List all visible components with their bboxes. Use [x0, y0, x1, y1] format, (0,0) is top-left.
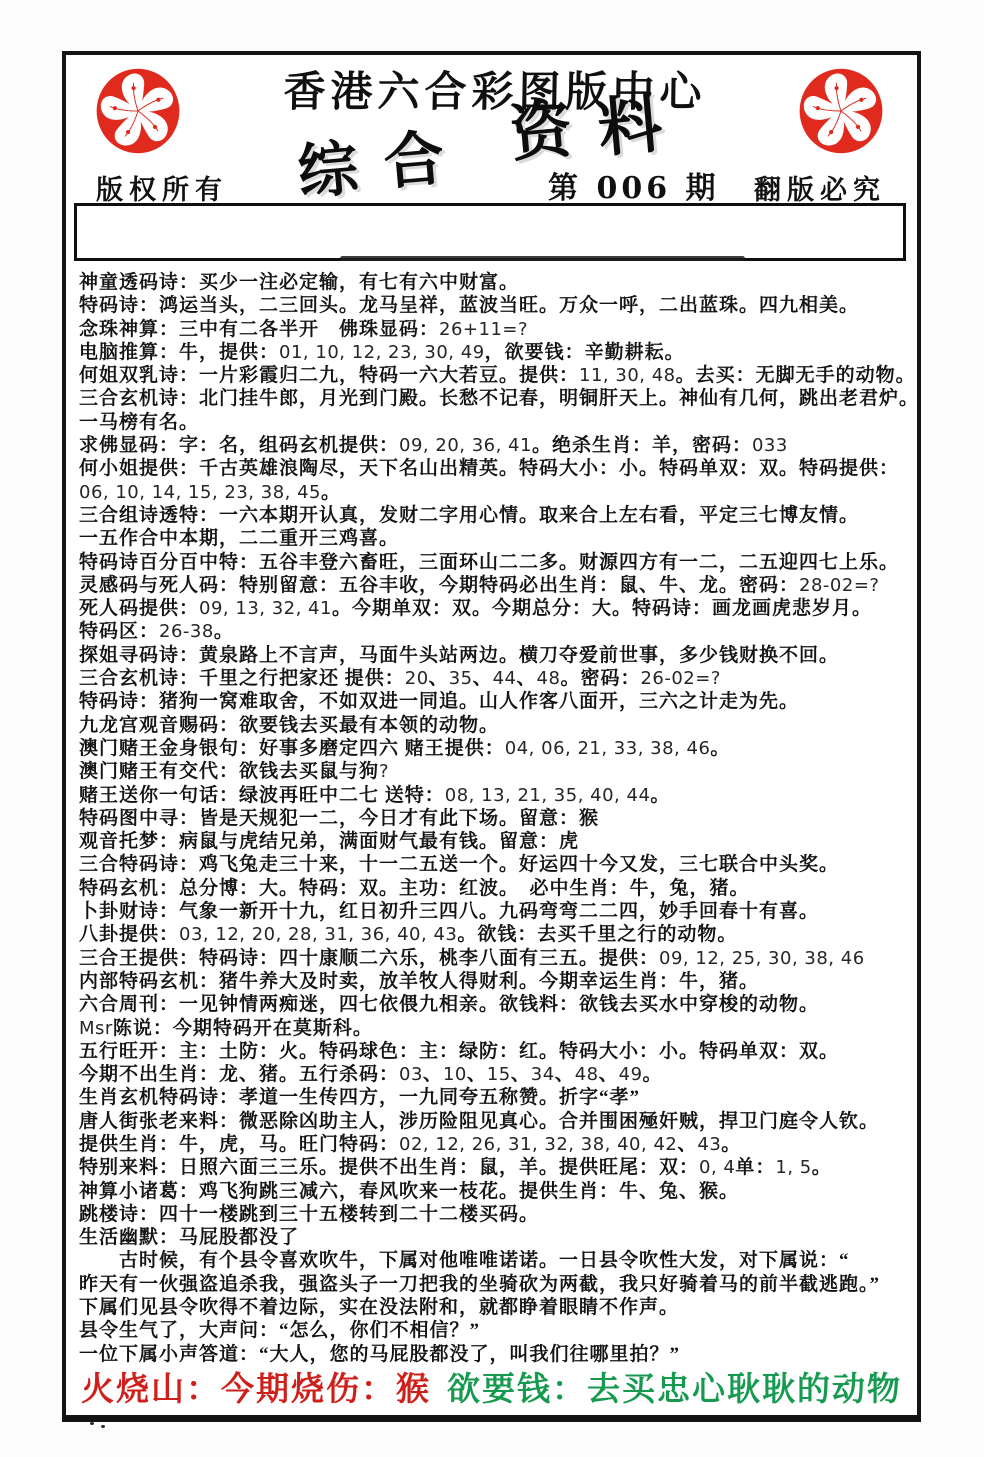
text-line: 五行旺开：主：土防：火。特码球色：主：绿防：红。特码大小：小。特码单双：双。 [79, 1040, 911, 1063]
text-line: 三合特码诗：鸡飞兔走三十来，十一二五送一个。好运四十今又发，三七联合中头奖。 [79, 853, 911, 876]
text-line: 特码诗：猪狗一窝难取舍，不如双进一同追。山人作客八面开，三六之计走为先。 [79, 690, 911, 713]
copyright-left-label: 版权所有 [96, 168, 228, 207]
banner-green-text: 欲要钱：去买忠心耿耿的动物 [447, 1363, 902, 1410]
text-line: 特别来料：日照六面三三乐。提供不出生肖：鼠，羊。提供旺尾：双：0, 4单：1, … [79, 1156, 911, 1179]
text-line: 电脑推算：牛，提供：01, 10, 12, 23, 30, 49，欲要钱：辛勤耕… [79, 341, 911, 364]
issue-number: 第 006 期 [548, 163, 720, 207]
text-line: 县令生气了，大声问：“怎么，你们不相信？” [79, 1319, 911, 1342]
text-line: 赌王送你一句话：绿波再旺中二七 送特：08, 13, 21, 35, 40, 4… [79, 784, 911, 807]
text-line: 特码区：26-38。 [79, 620, 911, 643]
text-line: 特码图中寻：皆是天规犯一二，今日才有此下场。留意：猴 [79, 807, 911, 830]
text-line: 昨天有一伙强盗追杀我，强盗头子一刀把我的坐骑砍为两截，我只好骑着马的前半截逃跑。… [79, 1273, 911, 1296]
scan-dot [101, 1425, 105, 1428]
hk-bauhinia-logo-right [797, 66, 885, 156]
text-line: 三合王提供：特码诗：四十康顺二六乐，桃李八面有三五。提供：09, 12, 25,… [79, 947, 911, 970]
text-line: 一五作合中本期，二二重开三鸡喜。 [79, 527, 911, 550]
text-line: 今期不出生肖：龙、猪。五行杀码：03、10、15、34、48、49。 [79, 1063, 911, 1086]
text-line: 三合玄机诗：千里之行把家还 提供：20、35、44、48。密码：26-02=? [79, 667, 911, 690]
text-line: 特码诗：鸿运当头，二三回头。龙马呈祥，蓝波当旺。万众一呼，二出蓝珠。四九相美。 [79, 294, 911, 317]
text-line: 提供生肖：牛，虎，马。旺门特码：02, 12, 26, 31, 32, 38, … [79, 1133, 911, 1156]
text-line: 06, 10, 14, 15, 23, 38, 45。 [79, 481, 911, 504]
text-line: 三合组诗透特：一六本期开认真，发财二字用心情。取来合上左右看，平定三七博友情。 [79, 504, 911, 527]
text-line: 何小姐提供：千古英雄浪陶尽，天下名山出精英。特码大小：小。特码单双：双。特码提供… [79, 457, 911, 480]
text-line: 生肖玄机特码诗：孝道一生传四方，一九同夸五称赞。折字“孝” [79, 1086, 911, 1109]
text-line: 六合周刊：一见钟情两痴迷，四七依偎九相亲。欲钱料：欲钱去买水中穿梭的动物。 [79, 993, 911, 1016]
bauhinia-flower-icon [94, 66, 182, 156]
bottom-banner: 火烧山：今期烧伤：猴 欲要钱：去买忠心耿耿的动物 [66, 1368, 917, 1404]
text-line: 九龙宫观音赐码：欲要钱去买最有本领的动物。 [79, 714, 911, 737]
text-line: 求佛显码：字：名，组码玄机提供：09, 20, 36, 41。绝杀生肖：羊，密码… [79, 434, 911, 457]
main-title-char: 料 [595, 92, 664, 161]
page-title: 香港六合彩图版中心 [249, 59, 740, 119]
text-line: 唐人街张老来料：微恶除凶助主人，涉历险阻见真心。合并围困殛奸贼，捍卫门庭令人钦。 [79, 1110, 911, 1133]
text-line: 三合玄机诗：北门挂牛郎，月光到门殿。长愁不记春，明铜肝天上。神仙有几何，跳出老君… [79, 387, 911, 410]
scan-smudge [340, 256, 745, 261]
main-title-char: 综 [295, 138, 360, 203]
bauhinia-flower-icon [797, 66, 885, 156]
text-line: 特码诗百分百中特：五谷丰登六畜旺，三面环山二二多。财源四方有一二，二五迎四七上乐… [79, 551, 911, 574]
text-line: 神童透码诗：买少一注必定输，有七有六中财富。 [79, 271, 911, 294]
text-line: 神算小诸葛：鸡飞狗跳三减六，春风吹来一枝花。提供生肖：牛、兔、猴。 [79, 1180, 911, 1203]
text-line: 生活幽默：马屁股都没了 [79, 1226, 911, 1249]
sheet-outer-border: 香港六合彩图版中心 综 合 资 料 第 006 期 版权所有 翻版必究 神童透码… [62, 51, 921, 1422]
text-line: 澳门赌王有交代：欲钱去买鼠与狗? [79, 760, 911, 783]
text-line: 一马榜有名。 [79, 411, 911, 434]
hk-bauhinia-logo-left [94, 66, 182, 156]
text-line: Msr陈说：今期特码开在莫斯科。 [79, 1017, 911, 1040]
text-line: 何姐双乳诗：一片彩霞归二九，特码一六大若豆。提供：11, 30, 48。去买：无… [79, 364, 911, 387]
text-line: 卜卦财诗：气象一新开十九，红日初升三四八。九码弯弯二二四，妙手回春十有喜。 [79, 900, 911, 923]
body-lines: 神童透码诗：买少一注必定输，有七有六中财富。特码诗：鸿运当头，二三回头。龙马呈祥… [79, 271, 911, 1369]
text-line: 灵感码与死人码：特别留意：五谷丰收，今期特码必出生肖：鼠、牛、龙。密码：28-0… [79, 574, 911, 597]
copyright-right-label: 翻版必究 [754, 168, 886, 207]
lottery-sheet-page: 香港六合彩图版中心 综 合 资 料 第 006 期 版权所有 翻版必究 神童透码… [0, 0, 984, 1457]
text-line: 死人码提供：09, 13, 32, 41。今期单双：双。今期总分：大。特码诗：画… [79, 597, 911, 620]
text-line: 特码玄机：总分博：大。特码：双。主功：红波。 必中生肖：牛，兔，猪。 [79, 877, 911, 900]
text-line: 观音托梦：病鼠与虎结兄弟，满面财气最有钱。留意：虎 [79, 830, 911, 853]
main-title-char: 资 [507, 98, 574, 165]
text-line: 内部特码玄机：猪牛养大及时卖，放羊牧人得财利。今期幸运生肖：牛，猪。 [79, 970, 911, 993]
text-line: 探姐寻码诗：黄泉路上不言声，马面牛头站两边。横刀夺爱前世事，多少钱财换不回。 [79, 644, 911, 667]
text-line: 下属们见县令吹得不着边际，实在没法附和，就都睁着眼睛不作声。 [79, 1296, 911, 1319]
text-line: 澳门赌王金身银句：好事多磨定四六 赌王提供：04, 06, 21, 33, 38… [79, 737, 911, 760]
text-line: 八卦提供：03, 12, 20, 28, 31, 36, 40, 43。欲钱：去… [79, 923, 911, 946]
blank-strip-box [74, 203, 906, 261]
scan-dot [90, 1422, 94, 1425]
text-line: 念珠神算：三中有二各半开 佛珠显码：26+11=? [79, 318, 911, 341]
main-title-char: 合 [381, 128, 446, 193]
text-line: 跳楼诗：四十一楼跳到三十五楼转到二十二楼买码。 [79, 1203, 911, 1226]
banner-red-text: 火烧山：今期烧伤：猴 [81, 1363, 431, 1410]
text-line: 古时候，有个县令喜欢吹牛，下属对他唯唯诺诺。一日县令吹性大发，对下属说：“ [79, 1249, 911, 1272]
